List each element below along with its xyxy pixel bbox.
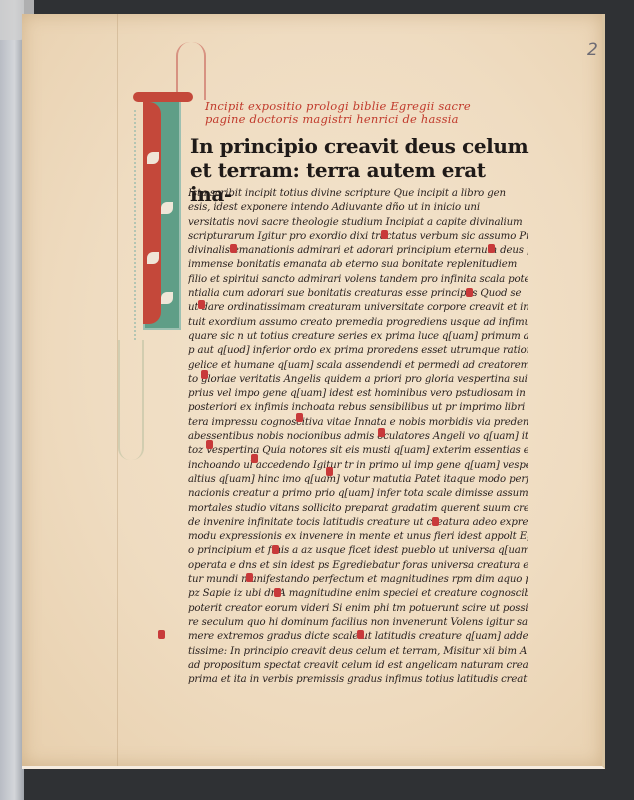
text-line: prius vel impo gene q[uam] idest est hom… bbox=[188, 387, 528, 401]
text-line: immense bonitatis emanata ab eterno sua … bbox=[188, 258, 528, 272]
leaf-ornament bbox=[147, 152, 159, 164]
text-line: toz vespertina Quia notores sit eis must… bbox=[188, 444, 528, 458]
rubrication-mark bbox=[488, 244, 495, 253]
text-line: ntialia cum adorari sue bonitatis creatu… bbox=[188, 287, 528, 301]
text-line: de invenire infinitate tocis latitudis c… bbox=[188, 516, 528, 530]
rubrication-mark bbox=[230, 244, 237, 253]
text-line: tera impressu cognoscitiva vitae Innata … bbox=[188, 416, 528, 430]
folio-number: 2 bbox=[587, 40, 598, 60]
rubrication-mark bbox=[381, 230, 388, 239]
rubrication-mark bbox=[198, 300, 205, 309]
text-line: modu expressionis ex invenere in mente e… bbox=[188, 530, 528, 544]
text-line: tuit exordium assumo creato premedia pro… bbox=[188, 316, 528, 330]
text-line: divinalis emanationis admirari et adorar… bbox=[188, 244, 528, 258]
text-line: Ista scribit incipit totius divine scrip… bbox=[188, 187, 528, 201]
initial-top-bar bbox=[133, 92, 193, 102]
text-line: ad propositum spectat creavit celum id e… bbox=[188, 659, 528, 673]
text-line: versitatis novi sacre theologie studium … bbox=[188, 216, 528, 230]
text-line: ut dare ordinatissimam creaturam univers… bbox=[188, 301, 528, 315]
text-line: to gloriae veritatis Angelis quidem a pr… bbox=[188, 373, 528, 387]
rubrication-mark bbox=[272, 545, 279, 554]
decorated-initial-I bbox=[133, 92, 185, 334]
leaf-ornament bbox=[161, 292, 173, 304]
text-line: scripturarum Igitur pro exordio dixi tra… bbox=[188, 230, 528, 244]
rubrication-mark bbox=[206, 440, 213, 449]
incipit-line: In principio creavit deus celum bbox=[190, 134, 530, 158]
rubrication-mark bbox=[251, 454, 258, 463]
rubrication-mark bbox=[432, 517, 439, 526]
rubrication-mark bbox=[357, 630, 364, 639]
rubrication-mark bbox=[158, 630, 165, 639]
text-line: inchoando ul accedendo Igitur tr in prim… bbox=[188, 459, 528, 473]
leaf-ornament bbox=[147, 252, 159, 264]
initial-red-vine bbox=[143, 102, 161, 324]
text-line: altius q[uam] hinc imo q[uam] votur matu… bbox=[188, 473, 528, 487]
book-binding bbox=[0, 0, 24, 800]
rubric-line: pagine doctoris magistri henrici de hass… bbox=[205, 113, 525, 126]
text-line: esis, idest exponere intendo Adiuvante d… bbox=[188, 201, 528, 215]
text-line: tur mundi manifestando perfectum et magn… bbox=[188, 573, 528, 587]
rubrication-mark bbox=[378, 428, 385, 437]
rubrication-mark bbox=[296, 413, 303, 422]
text-line: o principium et finis a az usque ficet i… bbox=[188, 544, 528, 558]
text-line: re seculum quo hi dominum facilius non i… bbox=[188, 616, 528, 630]
initial-tail-flourish bbox=[118, 340, 144, 460]
text-line: gelice et humane q[uam] scala assendendi… bbox=[188, 359, 528, 373]
text-line: poterit creator eorum videri Si enim phi… bbox=[188, 602, 528, 616]
rubrication-mark bbox=[274, 588, 281, 597]
text-line: tissime: In principio creavit deus celum… bbox=[188, 645, 528, 659]
text-line: nacionis creatur a primo prio q[uam] inf… bbox=[188, 487, 528, 501]
rubrication-mark bbox=[326, 467, 333, 476]
text-line: prima et ita in verbis premissis gradus … bbox=[188, 673, 528, 687]
text-line: abessentibus nobis nocionibus admis ocul… bbox=[188, 430, 528, 444]
text-line: quare sic n ut totius creature series ex… bbox=[188, 330, 528, 344]
text-line: posteriori ex infimis inchoata rebus sen… bbox=[188, 401, 528, 415]
rubrication-mark bbox=[466, 288, 473, 297]
rubric-heading: Incipit expositio prologi biblie Egregii… bbox=[205, 100, 525, 126]
text-line: pz Sapie iz ubi dr A magnitudine enim sp… bbox=[188, 587, 528, 601]
text-line: operata e dns et sin idest ps Egrediebat… bbox=[188, 559, 528, 573]
main-text-block: Ista scribit incipit totius divine scrip… bbox=[188, 187, 528, 687]
rubrication-mark bbox=[246, 573, 253, 582]
rubrication-mark bbox=[201, 370, 208, 379]
text-line: filio et spiritui sancto admirari volens… bbox=[188, 273, 528, 287]
text-line: p aut q[uod] inferior ordo ex prima pror… bbox=[188, 344, 528, 358]
leaf-ornament bbox=[161, 202, 173, 214]
green-pen-flourish bbox=[104, 110, 136, 340]
text-line: mortales studio vitans sollicito prepara… bbox=[188, 502, 528, 516]
